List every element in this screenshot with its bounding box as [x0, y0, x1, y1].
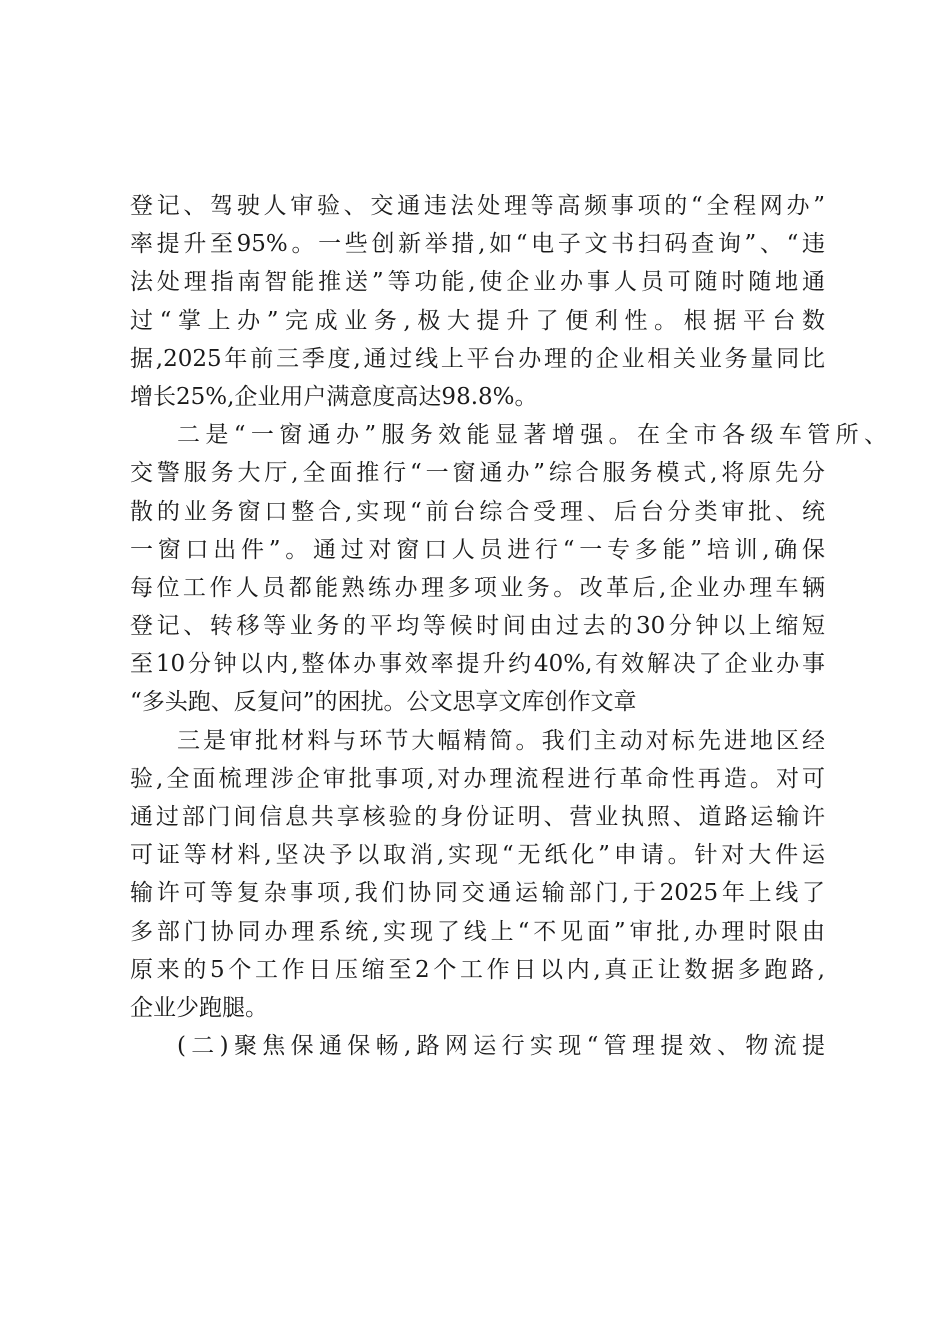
text-line: 企业少跑腿。 [130, 989, 825, 1027]
text-line: 交警服务大厅,全面推行“一窗通办”综合服务模式,将原先分 [130, 454, 825, 492]
text-line: 一窗口出件”。通过对窗口人员进行“一专多能”培训,确保 [130, 531, 825, 569]
text-line: 登记、驾驶人审验、交通违法处理等高频事项的“全程网办” [130, 187, 825, 225]
text-line: 输许可等复杂事项,我们协同交通运输部门,于2025年上线了 [130, 874, 825, 912]
text-line: “多头跑、反复问”的困扰。公文思享文库创作文章 [130, 683, 825, 721]
text-line: 率提升至95%。一些创新举措,如“电子文书扫码查询”、“违 [130, 225, 825, 263]
text-line: 至10分钟以内,整体办事效率提升约40%,有效解决了企业办事 [130, 645, 825, 683]
heading-line: (二)聚焦保通保畅,路网运行实现“管理提效、物流提 [130, 1027, 825, 1065]
paragraph-one-window-service: 二是“一窗通办”服务效能显著增强。在全市各级车管所、 交警服务大厅,全面推行“一… [130, 416, 825, 722]
text-line: 原来的5个工作日压缩至2个工作日以内,真正让数据多跑路, [130, 951, 825, 989]
section-heading-two: (二)聚焦保通保畅,路网运行实现“管理提效、物流提 [130, 1027, 825, 1065]
text-line: 三是审批材料与环节大幅精简。我们主动对标先进地区经 [130, 722, 825, 760]
text-line: 增长25%,企业用户满意度高达98.8%。 [130, 378, 825, 416]
text-line: 法处理指南智能推送”等功能,使企业办事人员可随时随地通 [130, 263, 825, 301]
text-line: 二是“一窗通办”服务效能显著增强。在全市各级车管所、 [130, 416, 887, 454]
text-line: 据,2025年前三季度,通过线上平台办理的企业相关业务量同比 [130, 340, 825, 378]
text-line: 验,全面梳理涉企审批事项,对办理流程进行革命性再造。对可 [130, 760, 825, 798]
paragraph-online-service: 登记、驾驶人审验、交通违法处理等高频事项的“全程网办” 率提升至95%。一些创新… [130, 187, 825, 416]
text-line: 过“掌上办”完成业务,极大提升了便利性。根据平台数 [130, 302, 825, 340]
text-line: 散的业务窗口整合,实现“前台综合受理、后台分类审批、统 [130, 493, 825, 531]
text-line: 每位工作人员都能熟练办理多项业务。改革后,企业办理车辆 [130, 569, 825, 607]
text-line: 可证等材料,坚决予以取消,实现“无纸化”申请。针对大件运 [130, 836, 825, 874]
paragraph-approval-simplification: 三是审批材料与环节大幅精简。我们主动对标先进地区经 验,全面梳理涉企审批事项,对… [130, 722, 825, 1028]
text-line: 登记、转移等业务的平均等候时间由过去的30分钟以上缩短 [130, 607, 825, 645]
text-line: 多部门协同办理系统,实现了线上“不见面”审批,办理时限由 [130, 913, 825, 951]
document-page: 登记、驾驶人审验、交通违法处理等高频事项的“全程网办” 率提升至95%。一些创新… [130, 187, 825, 1065]
text-line: 通过部门间信息共享核验的身份证明、营业执照、道路运输许 [130, 798, 825, 836]
